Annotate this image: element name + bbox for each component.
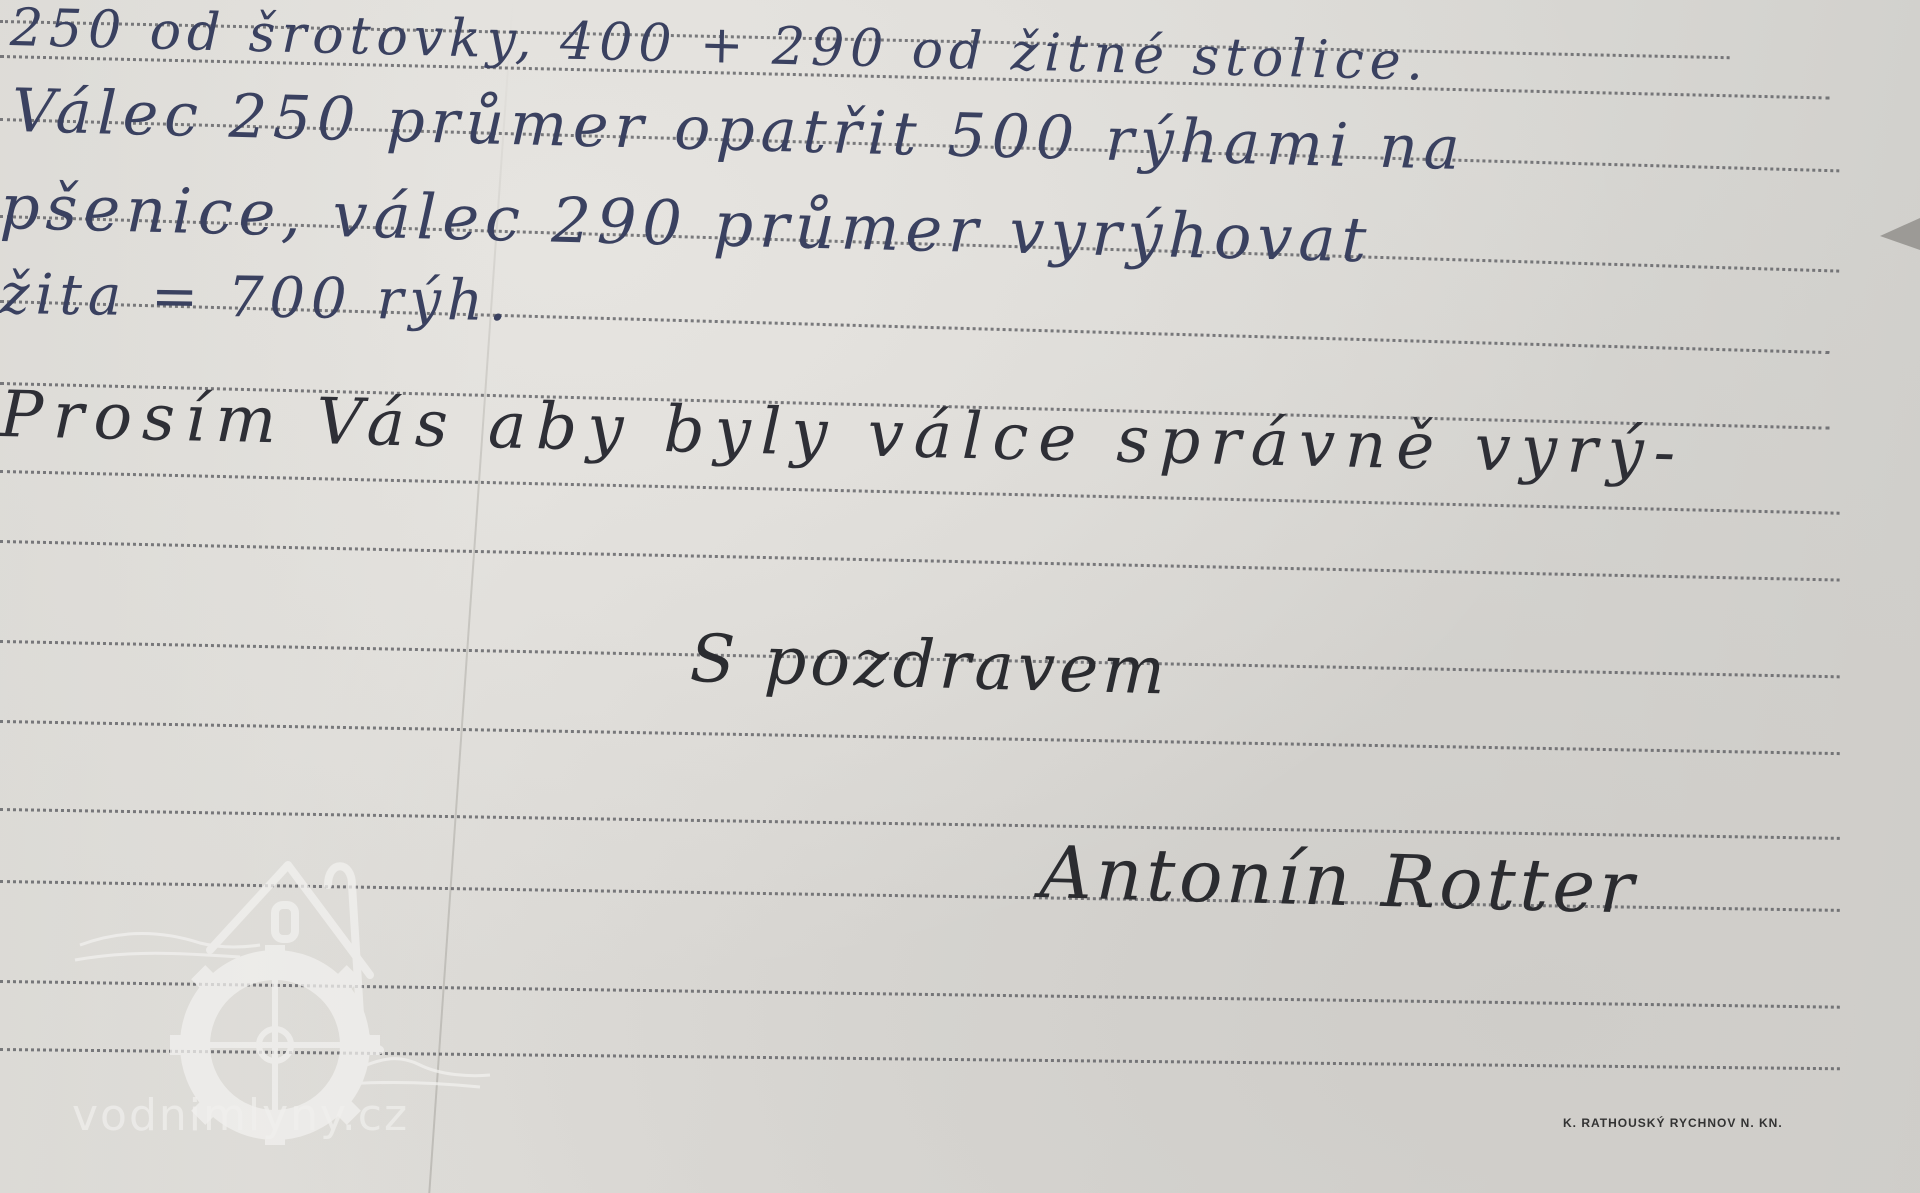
printer-imprint: K. RATHOUSKÝ RYCHNOV N. KN. (1563, 1116, 1783, 1130)
closing-greeting: S pozdravem (689, 620, 1170, 710)
watermark-text: vodnimlyny.cz (72, 1090, 409, 1141)
signature: Antonín Rotter (1039, 830, 1639, 930)
handwritten-line-4: žita = 700 rýh. (0, 262, 513, 334)
torn-corner (1880, 218, 1920, 250)
